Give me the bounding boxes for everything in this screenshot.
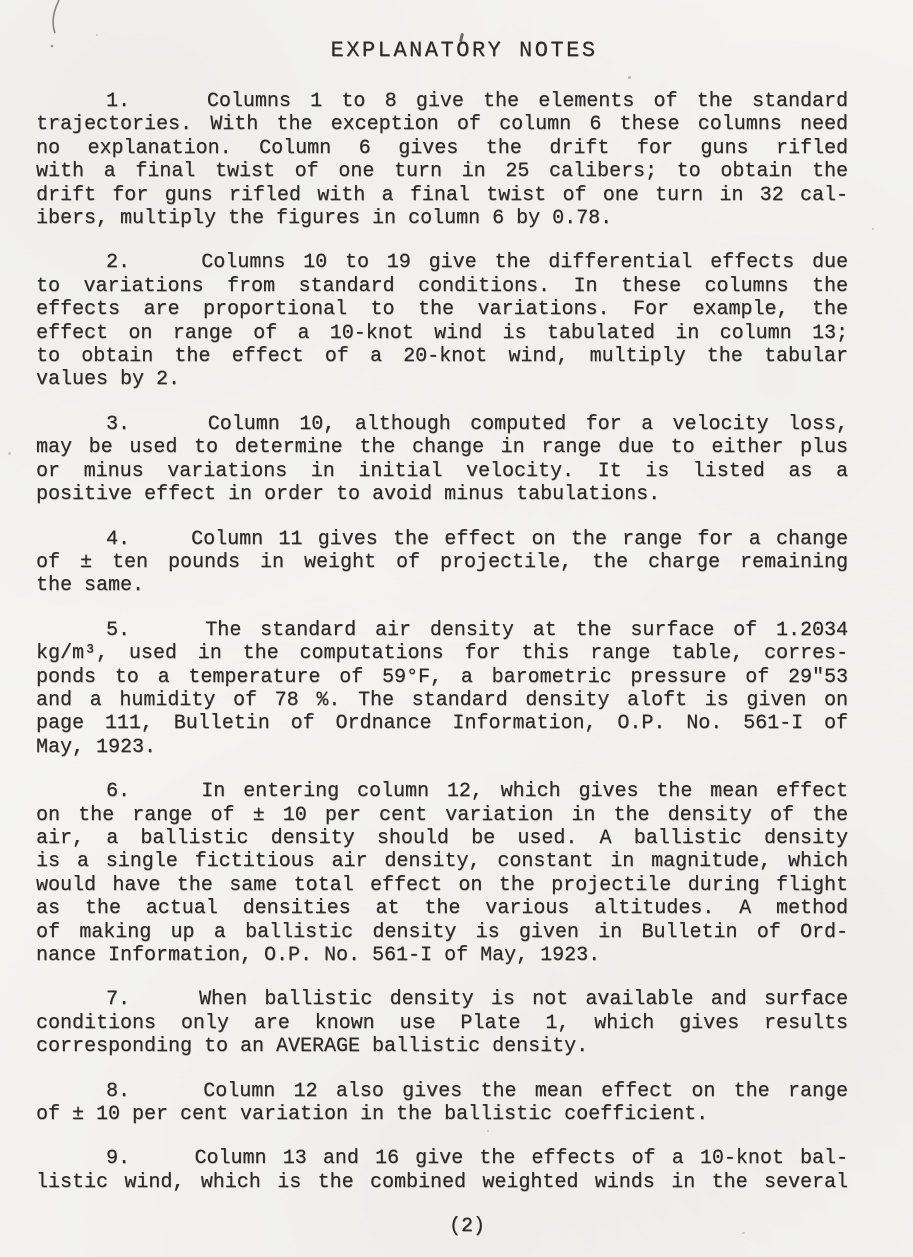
text-line: nance Information, O.P. No. 561-I of May… <box>36 944 848 967</box>
text-line: drift for guns rifled with a final twist… <box>36 184 848 207</box>
note-paragraph-6: 6. In entering column 12, which gives th… <box>36 780 848 967</box>
text-line: conditions only are known use Plate 1, w… <box>36 1012 848 1035</box>
dust-speck <box>8 452 11 455</box>
text-line: air, a ballistic density should be used.… <box>36 827 848 850</box>
text-line: listic wind, which is the combined weigh… <box>36 1171 848 1194</box>
note-paragraph-8: 8. Column 12 also gives the mean effect … <box>36 1080 848 1127</box>
note-paragraph-5: 5. The standard air density at the surfa… <box>36 619 848 759</box>
text-line: of ± 10 per cent variation in the ballis… <box>36 1103 848 1126</box>
text-line: page 111, Bulletin of Ordnance Informati… <box>36 712 848 735</box>
text-line: ponds to a temperature of 59°F, a barome… <box>36 666 848 689</box>
text-line: 6. In entering column 12, which gives th… <box>36 780 848 803</box>
text-line: to obtain the effect of a 20-knot wind, … <box>36 345 848 368</box>
text-line: on the range of ± 10 per cent variation … <box>36 804 848 827</box>
text-line: effect on range of a 10-knot wind is tab… <box>36 322 848 345</box>
dust-speck <box>872 228 874 230</box>
text-line: May, 1923. <box>36 736 848 759</box>
text-line: 2. Columns 10 to 19 give the differentia… <box>36 251 848 274</box>
text-line: 7. When ballistic density is not availab… <box>36 988 848 1011</box>
text-line: 9. Column 13 and 16 give the effects of … <box>36 1147 848 1170</box>
text-line: no explanation. Column 6 gives the drift… <box>36 137 848 160</box>
text-line: the same. <box>36 574 848 597</box>
text-line: as the actual densities at the various a… <box>36 897 848 920</box>
text-line: 4. Column 11 gives the effect on the ran… <box>36 528 848 551</box>
notes-body: 1. Columns 1 to 8 give the elements of t… <box>36 90 848 1194</box>
scanned-page: EXPLANATORY NOTES 1. Columns 1 to 8 give… <box>0 0 913 1257</box>
text-line: would have the same total effect on the … <box>36 874 848 897</box>
text-line: with a final twist of one turn in 25 cal… <box>36 160 848 183</box>
page-title: EXPLANATORY NOTES <box>58 38 870 63</box>
note-paragraph-3: 3. Column 10, although computed for a ve… <box>36 413 848 507</box>
note-paragraph-7: 7. When ballistic density is not availab… <box>36 988 848 1058</box>
page-number: (2) <box>61 1215 873 1238</box>
text-line: kg/m³, used in the computations for this… <box>36 642 848 665</box>
text-line: of ± ten pounds in weight of projectile,… <box>36 551 848 574</box>
text-line: is a single fictitious air density, cons… <box>36 850 848 873</box>
note-paragraph-1: 1. Columns 1 to 8 give the elements of t… <box>36 90 848 230</box>
note-paragraph-4: 4. Column 11 gives the effect on the ran… <box>36 528 848 598</box>
text-line: values by 2. <box>36 368 848 391</box>
text-line: to variations from standard conditions. … <box>36 275 848 298</box>
text-line: or minus variations in initial velocity.… <box>36 460 848 483</box>
text-line: may be used to determine the change in r… <box>36 436 848 459</box>
text-line: 3. Column 10, although computed for a ve… <box>36 413 848 436</box>
text-line: effects are proportional to the variatio… <box>36 298 848 321</box>
text-line: and a humidity of 78 %. The standard den… <box>36 689 848 712</box>
text-line: 1. Columns 1 to 8 give the elements of t… <box>36 90 848 113</box>
text-column: EXPLANATORY NOTES 1. Columns 1 to 8 give… <box>36 0 848 1238</box>
text-line: 5. The standard air density at the surfa… <box>36 619 848 642</box>
note-paragraph-2: 2. Columns 10 to 19 give the differentia… <box>36 251 848 391</box>
text-line: ibers, multiply the figures in column 6 … <box>36 207 848 230</box>
text-line: of making up a ballistic density is give… <box>36 921 848 944</box>
note-paragraph-9: 9. Column 13 and 16 give the effects of … <box>36 1147 848 1194</box>
text-line: 8. Column 12 also gives the mean effect … <box>36 1080 848 1103</box>
text-line: trajectories. With the exception of colu… <box>36 113 848 136</box>
text-line: positive effect in order to avoid minus … <box>36 483 848 506</box>
text-line: corresponding to an AVERAGE ballistic de… <box>36 1035 848 1058</box>
